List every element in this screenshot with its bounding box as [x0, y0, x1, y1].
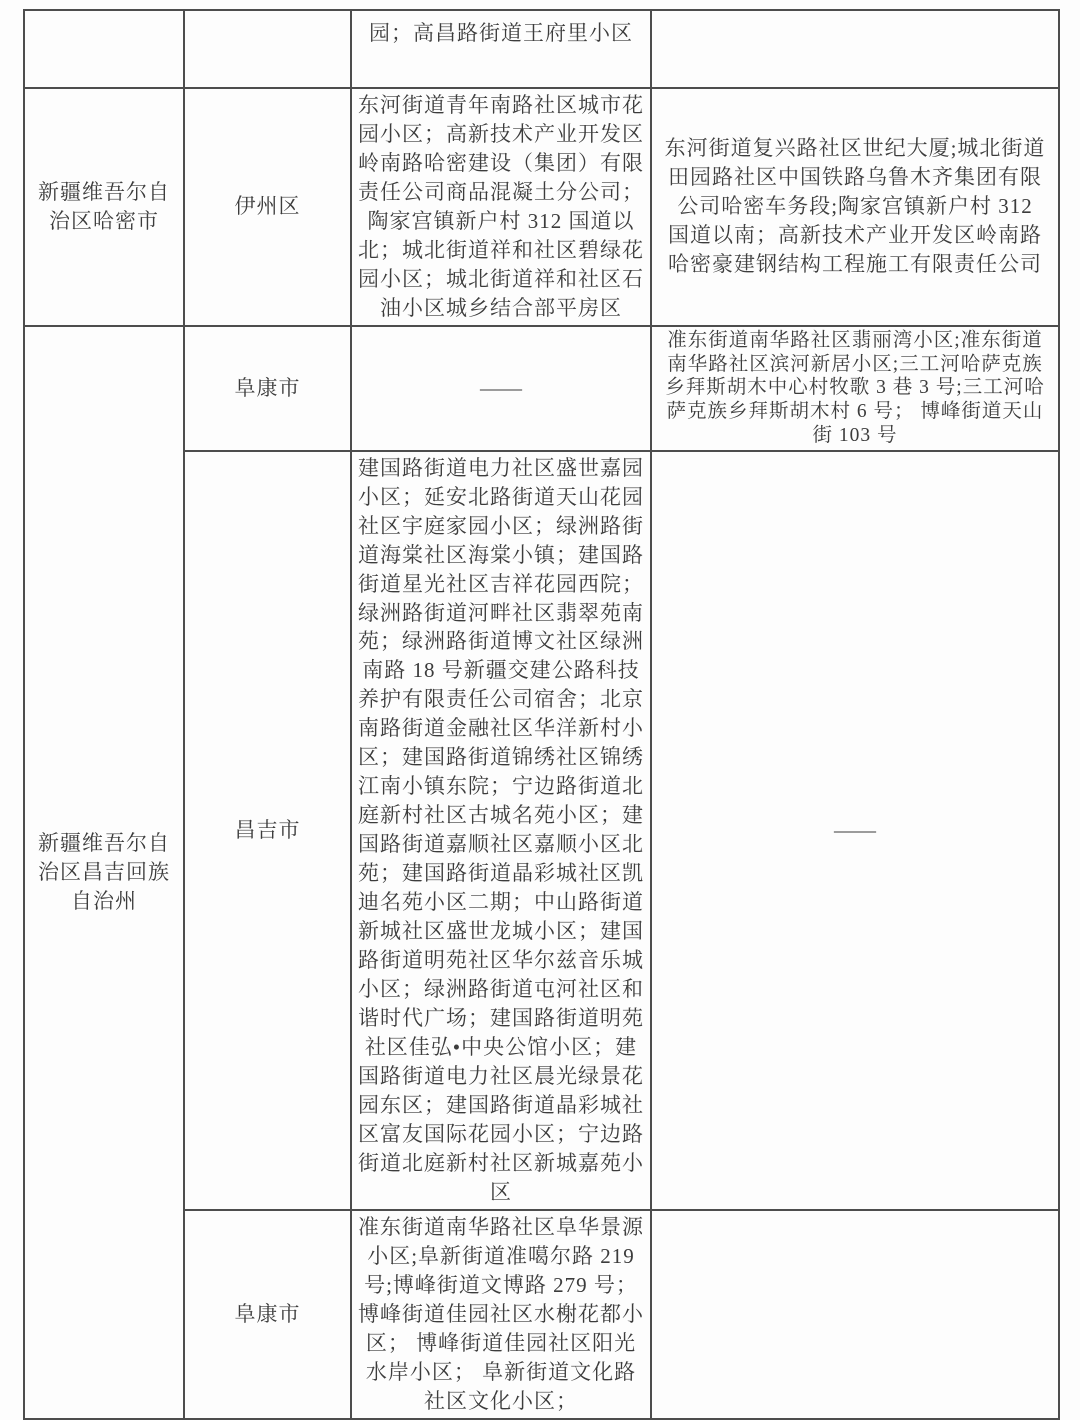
cell-city-fukang-1: 阜康市: [184, 326, 351, 451]
cell-city-changji: 昌吉市: [184, 451, 351, 1210]
cell-list-b-empty: [651, 10, 1059, 88]
cell-province-hami: 新疆维吾尔自治区哈密市: [24, 88, 184, 326]
cell-list-a-yizhou: 东河街道青年南路社区城市花园小区；高新技术产业开发区岭南路哈密建设（集团）有限责…: [351, 88, 651, 326]
cell-province-changji: 新疆维吾尔自治区昌吉回族自治州: [24, 326, 184, 1419]
table-row-continuation: 园；高昌路街道王府里小区: [24, 10, 1059, 88]
cell-list-b-fukang-1: 准东街道南华路社区翡丽湾小区;准东街道南华路社区滨河新居小区;三工河哈萨克族乡拜…: [651, 326, 1059, 451]
cell-list-b-changji-dash: ——: [651, 451, 1059, 1210]
table-row-hami-yizhou: 新疆维吾尔自治区哈密市 伊州区 东河街道青年南路社区城市花园小区；高新技术产业开…: [24, 88, 1059, 326]
cell-list-a-changji: 建国路街道电力社区盛世嘉园小区；延安北路街道天山花园社区宇庭家园小区；绿洲路街道…: [351, 451, 651, 1210]
document-page: { "page": { "background_color": "#fdfdfd…: [0, 0, 1080, 1349]
cell-list-a-fukang-1-dash: ——: [351, 326, 651, 451]
cell-province-empty: [24, 10, 184, 88]
cell-city-yizhou: 伊州区: [184, 88, 351, 326]
cell-list-a-fukang-2: 准东街道南华路社区阜华景源小区;阜新街道准噶尔路 219 号;博峰街道文博路 2…: [351, 1210, 651, 1419]
cell-list-a-continuation: 园；高昌路街道王府里小区: [351, 10, 651, 88]
region-community-table: 园；高昌路街道王府里小区 新疆维吾尔自治区哈密市 伊州区 东河街道青年南路社区城…: [23, 9, 1060, 1420]
cell-list-b-fukang-2-empty: [651, 1210, 1059, 1419]
cell-list-b-yizhou: 东河街道复兴路社区世纪大厦;城北街道田园路社区中国铁路乌鲁木齐集团有限公司哈密车…: [651, 88, 1059, 326]
cell-city-fukang-2: 阜康市: [184, 1210, 351, 1419]
cell-city-empty: [184, 10, 351, 88]
table-row-fukang-1: 新疆维吾尔自治区昌吉回族自治州 阜康市 —— 准东街道南华路社区翡丽湾小区;准东…: [24, 326, 1059, 451]
